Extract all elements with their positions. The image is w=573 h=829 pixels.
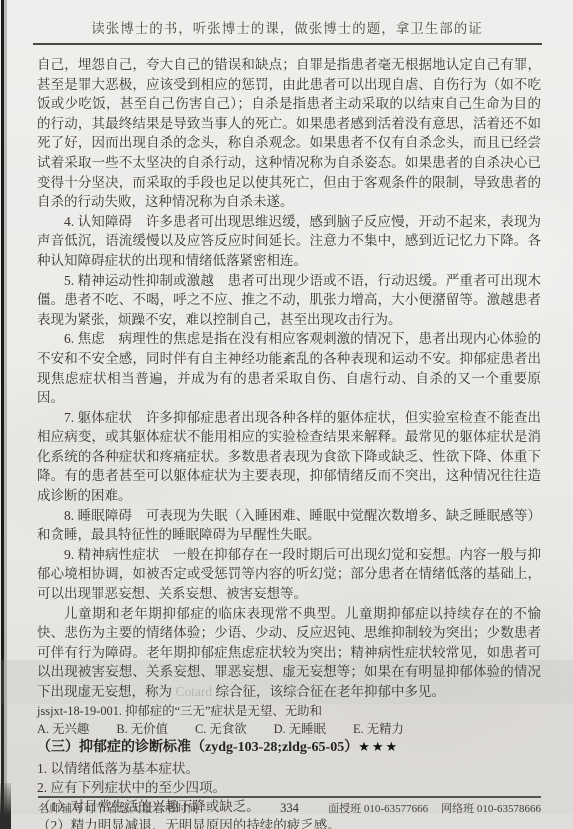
option-a: A. 无兴趣 bbox=[37, 722, 89, 736]
criteria-item-2: 2. 应有下列症状中的至少四项。 bbox=[37, 778, 541, 797]
importance-stars: ★★★ bbox=[358, 740, 399, 755]
page-header-slogan: 读张博士的书，听张博士的课，做张博士的题，拿卫生部的证 bbox=[33, 17, 541, 37]
option-d: D. 无睡眠 bbox=[274, 722, 326, 736]
exam-question-options: A. 无兴趣B. 无价值C. 无食欲D. 无睡眠E. 无精力 bbox=[37, 720, 541, 739]
paragraph-sleep-disorder: 8. 睡眠障碍 可表现为失眠（入睡困难、睡眠中觉醒次数增多、缺乏睡眠感等）和贪睡… bbox=[37, 506, 541, 545]
section-heading-diagnosis: （三）抑郁症的诊断标准（zydg-103-28;zldg-65-05）★★★ bbox=[37, 738, 541, 759]
footer-contact-online: 网络班 010-63578666 bbox=[441, 803, 541, 815]
footer-rule bbox=[38, 796, 541, 798]
page-number: 334 bbox=[280, 801, 299, 816]
exam-question-stem: jssjxt-18-19-001. 抑郁症的“三无”症状是无望、无助和 bbox=[37, 702, 541, 720]
scanned-book-page: 读张博士的书，听张博士的课，做张博士的题，拿卫生部的证 自己，埋怨自己，夸大自己… bbox=[0, 0, 573, 829]
paragraph-atypical-depression: 儿童期和老年期抑郁症的临床表现常不典型。儿童期抑郁症以持续存在的不愉快、悲伤为主… bbox=[37, 604, 541, 702]
body-text: 自己，埋怨自己，夸大自己的错误和缺点；自罪是指患者毫无根据地认定自己有罪，甚至是… bbox=[37, 55, 541, 829]
section-heading-text: （三）抑郁症的诊断标准（zydg-103-28;zldg-65-05） bbox=[37, 740, 358, 755]
atypical-text-post: 综合征，该综合征在老年抑郁中多见。 bbox=[212, 684, 445, 699]
paragraph-cognitive-impairment: 4. 认知障碍 许多患者可出现思维迟缓，感到脑子反应慢，开动不起来，表现为声音低… bbox=[37, 212, 541, 271]
criteria-item-1: 1. 以情绪低落为基本症状。 bbox=[37, 759, 541, 778]
cotard-term: Cotard bbox=[175, 684, 212, 699]
criteria-subitem-2: （2）精力明显减退，无明显原因的持续的疲乏感。 bbox=[37, 816, 541, 829]
footer-contacts: 面授班 010-63577666网络班 010-63578666 bbox=[299, 800, 541, 816]
paragraph-somatic-symptoms: 7. 躯体症状 许多抑郁症患者出现各种各样的躯体症状，但实验室检查不能查出相应病… bbox=[37, 408, 541, 506]
option-c: C. 无食欲 bbox=[195, 722, 247, 736]
paragraph-psychomotor: 5. 精神运动性抑制或激越 患者可出现少语或不语，行动迟缓。严重者可出现木僵。患… bbox=[37, 271, 541, 330]
paragraph-anxiety: 6. 焦虑 病理性的焦虑是指在没有相应客观刺激的情况下，患者出现内心体验的不安和… bbox=[37, 329, 541, 407]
paragraph-psychotic-symptoms: 9. 精神病性症状 一般在抑郁存在一段时期后可出现幻觉和妄想。内容一般与抑郁心境… bbox=[37, 545, 541, 604]
option-b: B. 无价值 bbox=[116, 722, 168, 736]
footer-tagline: 名师辅导可节省您大量看书时间 bbox=[38, 800, 280, 816]
header-rule bbox=[33, 43, 542, 45]
page-footer: 名师辅导可节省您大量看书时间 334 面授班 010-63577666网络班 0… bbox=[38, 800, 541, 816]
footer-contact-classroom: 面授班 010-63577666 bbox=[328, 803, 428, 815]
option-e: E. 无精力 bbox=[353, 722, 404, 736]
scan-corner-blot bbox=[0, 783, 11, 829]
paragraph-continuation: 自己，埋怨自己，夸大自己的错误和缺点；自罪是指患者毫无根据地认定自己有罪，甚至是… bbox=[37, 55, 541, 212]
